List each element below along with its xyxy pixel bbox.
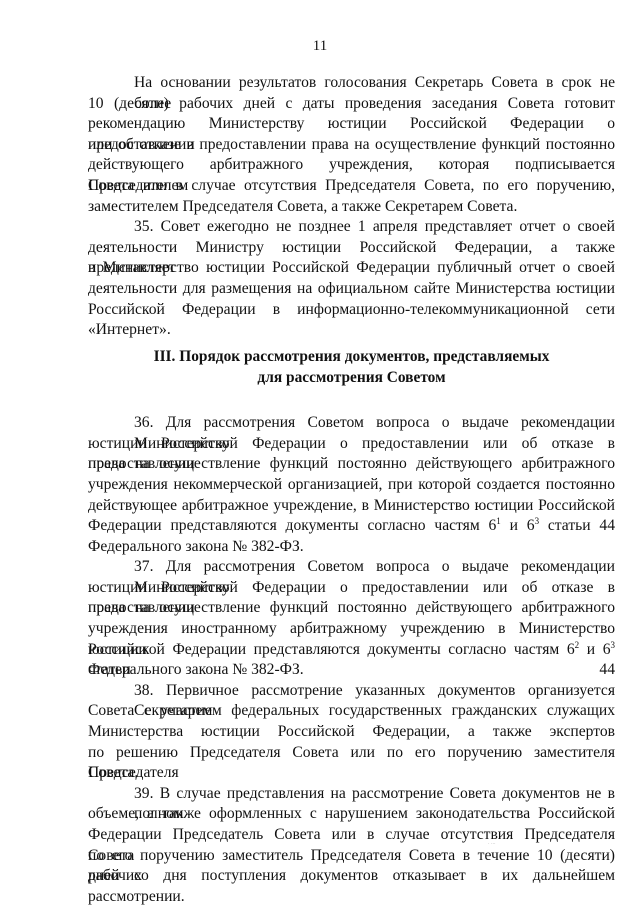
text-line: по его поручению заместитель Председател… [88, 846, 615, 867]
section-heading-line-1: III. Порядок рассмотрения документов, пр… [88, 346, 615, 367]
text-line: Российской Федерации в информационно-тел… [88, 300, 615, 321]
text-line: Федерации представляются документы согла… [88, 516, 615, 537]
text-line: Федерального закона № 382-ФЗ. [88, 537, 615, 558]
paragraph-38: 38. Первичное рассмотрение указанных док… [88, 681, 615, 784]
text-line: юстиции Российской Федерации о предостав… [88, 578, 615, 599]
scan-artifact: . ... [488, 840, 496, 846]
text-line: Совета или в случае отсутствия Председат… [88, 176, 615, 197]
text-line: деятельности Министру юстиции Российской… [88, 238, 615, 259]
text-line: по решению Председателя Совета или по ег… [88, 743, 615, 764]
text-line: права на осуществление функций постоянно… [88, 598, 615, 619]
text-line: заместителем Председателя Совета, а такж… [88, 197, 615, 218]
document-body: На основании результатов голосования Сек… [88, 73, 615, 887]
text-line: 10 (десяти) рабочих дней с даты проведен… [88, 94, 615, 115]
text-line: 36. Для рассмотрения Советом вопроса о в… [88, 413, 615, 434]
paragraph-intro: На основании результатов голосования Сек… [88, 73, 615, 217]
paragraph-36: 36. Для рассмотрения Советом вопроса о в… [88, 413, 615, 557]
section-heading: III. Порядок рассмотрения документов, пр… [88, 346, 615, 388]
text-line: 39. В случае представления на рассмотрен… [88, 784, 615, 805]
text-line: Федерации Председатель Совета или в случ… [88, 825, 615, 846]
paragraph-39: 39. В случае представления на рассмотрен… [88, 784, 615, 887]
text-line: учреждения некоммерческой организацией, … [88, 475, 615, 496]
text-line: Министерства юстиции Российской Федераци… [88, 722, 615, 743]
text-line: учреждения иностранному арбитражному учр… [88, 619, 615, 640]
text-line: 37. Для рассмотрения Советом вопроса о в… [88, 557, 615, 578]
text-line: Российской Федерации представляются доку… [88, 640, 615, 661]
text-line: деятельности для размещения на официальн… [88, 279, 615, 300]
paragraph-37: 37. Для рассмотрения Советом вопроса о в… [88, 557, 615, 681]
text-line: На основании результатов голосования Сек… [88, 73, 615, 94]
text-line: действующего арбитражного учреждения, ко… [88, 155, 615, 176]
text-line: 35. Совет ежегодно не позднее 1 апреля п… [88, 217, 615, 238]
text-line: права на осуществление функций постоянно… [88, 454, 615, 475]
text-line: 38. Первичное рассмотрение указанных док… [88, 681, 615, 702]
text-line: или об отказе в предоставлении права на … [88, 135, 615, 156]
paragraph-35: 35. Совет ежегодно не позднее 1 апреля п… [88, 217, 615, 320]
page-number: 11 [0, 38, 640, 55]
text-line: действующее арбитражное учреждение, в Ми… [88, 496, 615, 517]
text-line: юстиции Российской Федерации о предостав… [88, 434, 615, 455]
text-line: дней со дня поступления документов отказ… [88, 866, 615, 887]
superscript: 3 [611, 640, 616, 650]
text-line: объеме, а также оформленных с нарушением… [88, 804, 615, 825]
text-line: Совета с участием федеральных государств… [88, 701, 615, 722]
section-heading-line-2: для рассмотрения Советом [88, 367, 615, 388]
text-line: рекомендацию Министерству юстиции Россий… [88, 114, 615, 135]
text-line: в Министерство юстиции Российской Федера… [88, 258, 615, 279]
